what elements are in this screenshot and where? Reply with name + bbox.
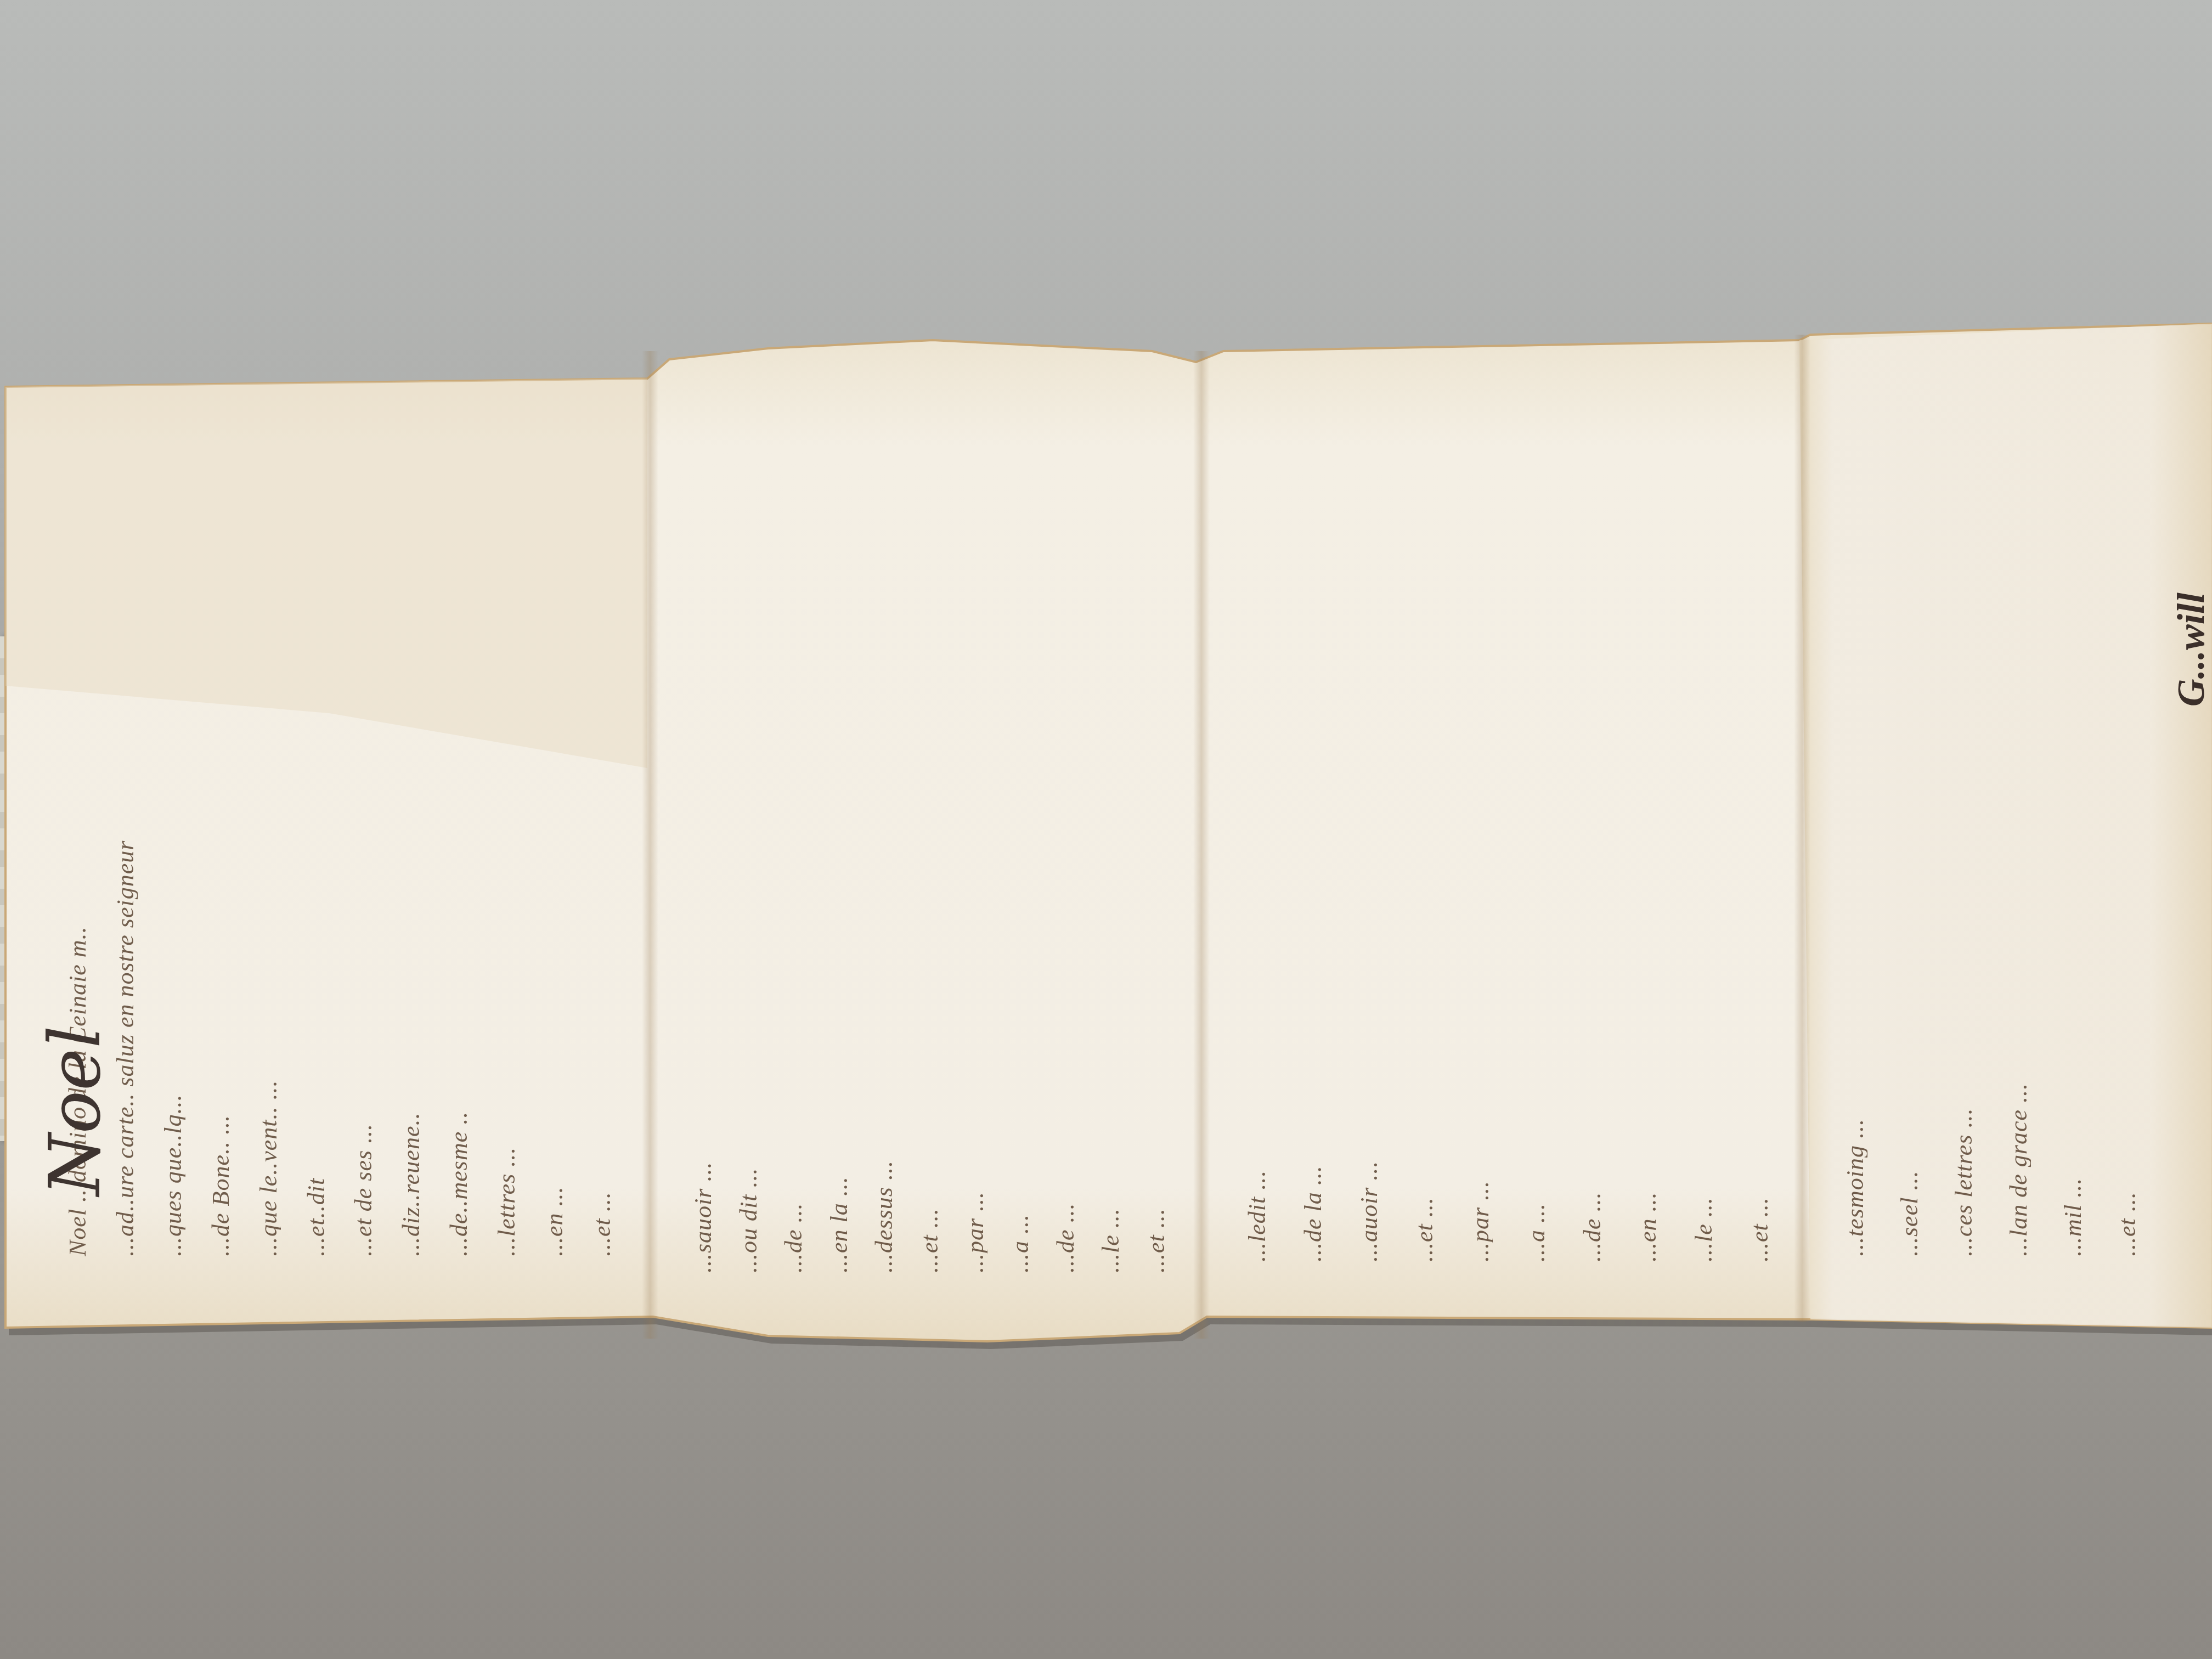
text-line: ...ques que..lq... (161, 466, 185, 1256)
text-line: ...de..mesme .. (447, 466, 471, 1256)
text-line: ...ledit ... (1245, 433, 1269, 1262)
fold-line-3 (1794, 335, 1810, 1322)
text-line: ...tesmoing ... (1843, 417, 1867, 1256)
text-line: ...en la ... (827, 444, 851, 1273)
signature: G...will (2170, 592, 2212, 707)
text-line: ...mil ... (2061, 417, 2085, 1256)
text-line: ...et ... (590, 466, 614, 1256)
text-line: ...auoir ... (1357, 433, 1381, 1262)
text-line: ...et ... (918, 444, 942, 1273)
text-line: ...et ... (1144, 444, 1169, 1273)
text-line: ...a ... (1008, 444, 1032, 1273)
text-line: ...le ... (1099, 444, 1123, 1273)
text-line: ...et ... (2115, 417, 2140, 1256)
decorated-initial: Noel (33, 1025, 116, 1196)
text-line: ...par ... (1469, 433, 1493, 1262)
text-line: ...a ... (1525, 433, 1549, 1262)
text-line: ...ad..ure carte.. saluz en nostre seign… (114, 466, 138, 1256)
text-line: ...en ... (543, 466, 567, 1256)
text-line: ...et ... (1413, 433, 1437, 1262)
text-panel-left: Noel .. domino de la Ceinaie m.. ...ad..… (33, 400, 636, 1306)
text-line: ...ou dit ... (737, 444, 761, 1273)
text-line: ...et ... (1748, 433, 1772, 1262)
text-line: ...seel ... (1898, 417, 1922, 1256)
text-line: ...de ... (782, 444, 806, 1273)
text-line: ...en ... (1636, 433, 1660, 1262)
text-line: ...sauoir ... (691, 444, 715, 1273)
text-line: ...de la ... (1301, 433, 1325, 1262)
text-line: ...que le..vent.. ... (257, 466, 281, 1256)
text-line: ...diz..reuene.. (399, 466, 424, 1256)
text-panel-far-right: ...tesmoing ... ...seel ... ...ces lettr… (1810, 351, 2162, 1306)
text-line: ...et de ses ... (352, 466, 376, 1256)
text-line: ...dessus ... (872, 444, 896, 1273)
text-line: ...par ... (963, 444, 988, 1273)
text-line: ...le ... (1692, 433, 1716, 1262)
text-line: ...lan de grace ... (2007, 417, 2031, 1256)
text-line: ...lettres ... (495, 466, 519, 1256)
text-line: ...de ... (1054, 444, 1078, 1273)
text-panel-right: ...ledit ... ...de la ... ...auoir ... .… (1212, 368, 1794, 1311)
text-panel-middle: ...sauoir ... ...ou dit ... ...de ... ..… (658, 379, 1190, 1322)
fold-line-2 (1193, 351, 1210, 1339)
text-line: ...de ... (1581, 433, 1605, 1262)
text-line: ...de Bone.. ... (209, 466, 233, 1256)
text-line: ...et..dit (304, 466, 329, 1256)
text-line: ...ces lettres ... (1952, 417, 1976, 1256)
fold-line-1 (642, 351, 658, 1339)
